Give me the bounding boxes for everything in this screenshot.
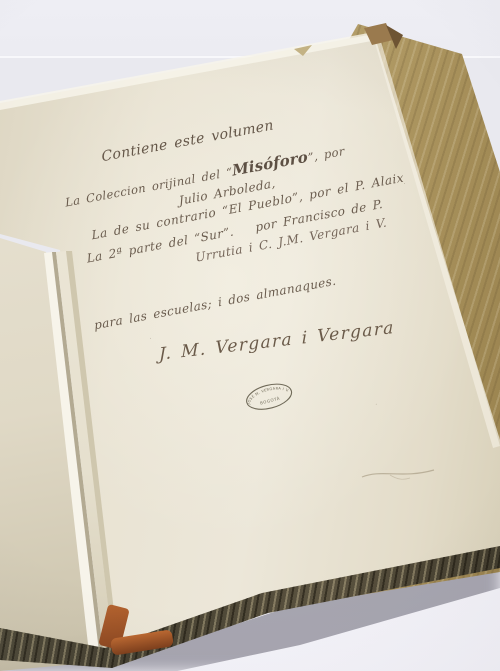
photo-vignette: [0, 0, 500, 671]
manuscript-photo: Contiene este volumen La Coleccion oriji…: [0, 0, 500, 671]
